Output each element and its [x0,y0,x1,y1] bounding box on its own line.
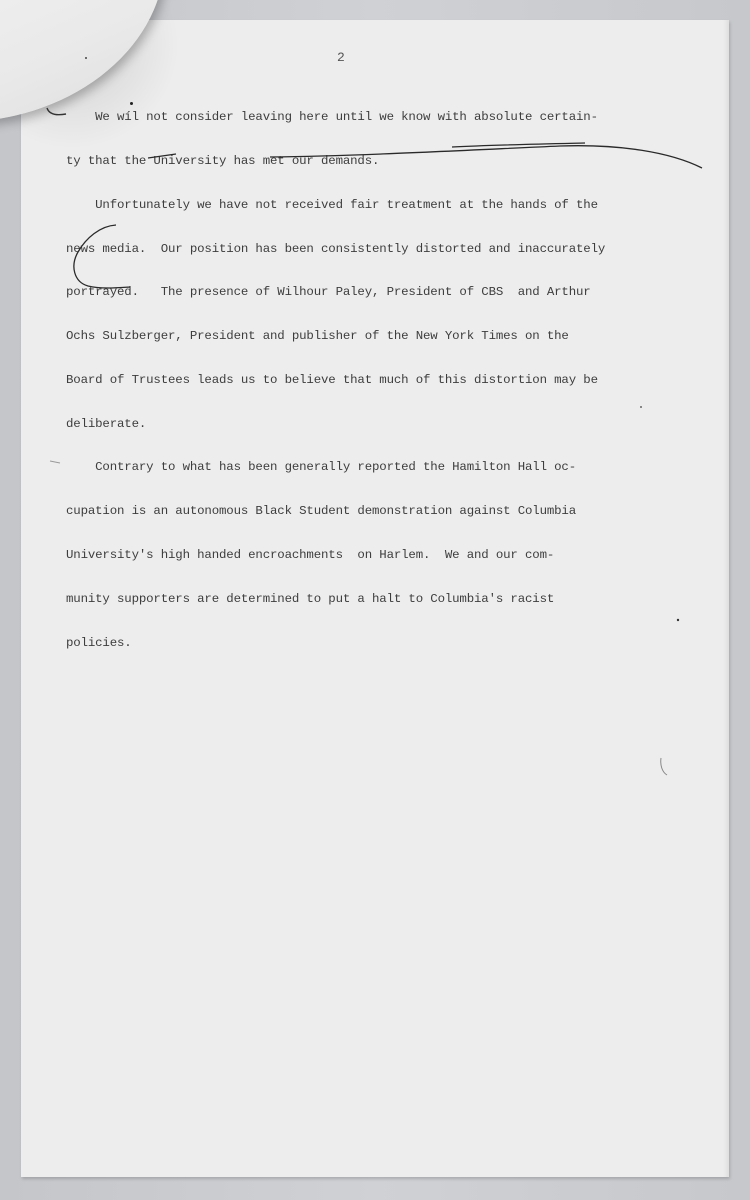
text-line: deliberate. [66,417,626,432]
text-line: Unfortunately we have not received fair … [66,198,626,213]
text-line: munity supporters are determined to put … [66,592,626,607]
text-line: Ochs Sulzberger, President and publisher… [66,329,626,344]
text-line: Board of Trustees leads us to believe th… [66,373,626,388]
page-edge-shade [723,20,729,1177]
text-line: policies. [66,636,626,651]
page-number: 2 [337,50,345,65]
text-line: cupation is an autonomous Black Student … [66,504,626,519]
text-line: We wíl not consider leaving here until … [66,110,626,125]
text-line: portrayed. The presence of Wilhour Paley… [66,285,626,300]
text-line: Contrary to what has been generally repo… [66,460,626,475]
scan-background: 2 We wíl not consider leaving here unti… [0,0,750,1200]
typed-body-text: We wíl not consider leaving here until … [66,81,626,679]
text-line: University's high handed encroachments o… [66,548,626,563]
text-line: ty that the University has met our deman… [66,154,626,169]
text-line: news media. Our position has been consis… [66,242,626,257]
